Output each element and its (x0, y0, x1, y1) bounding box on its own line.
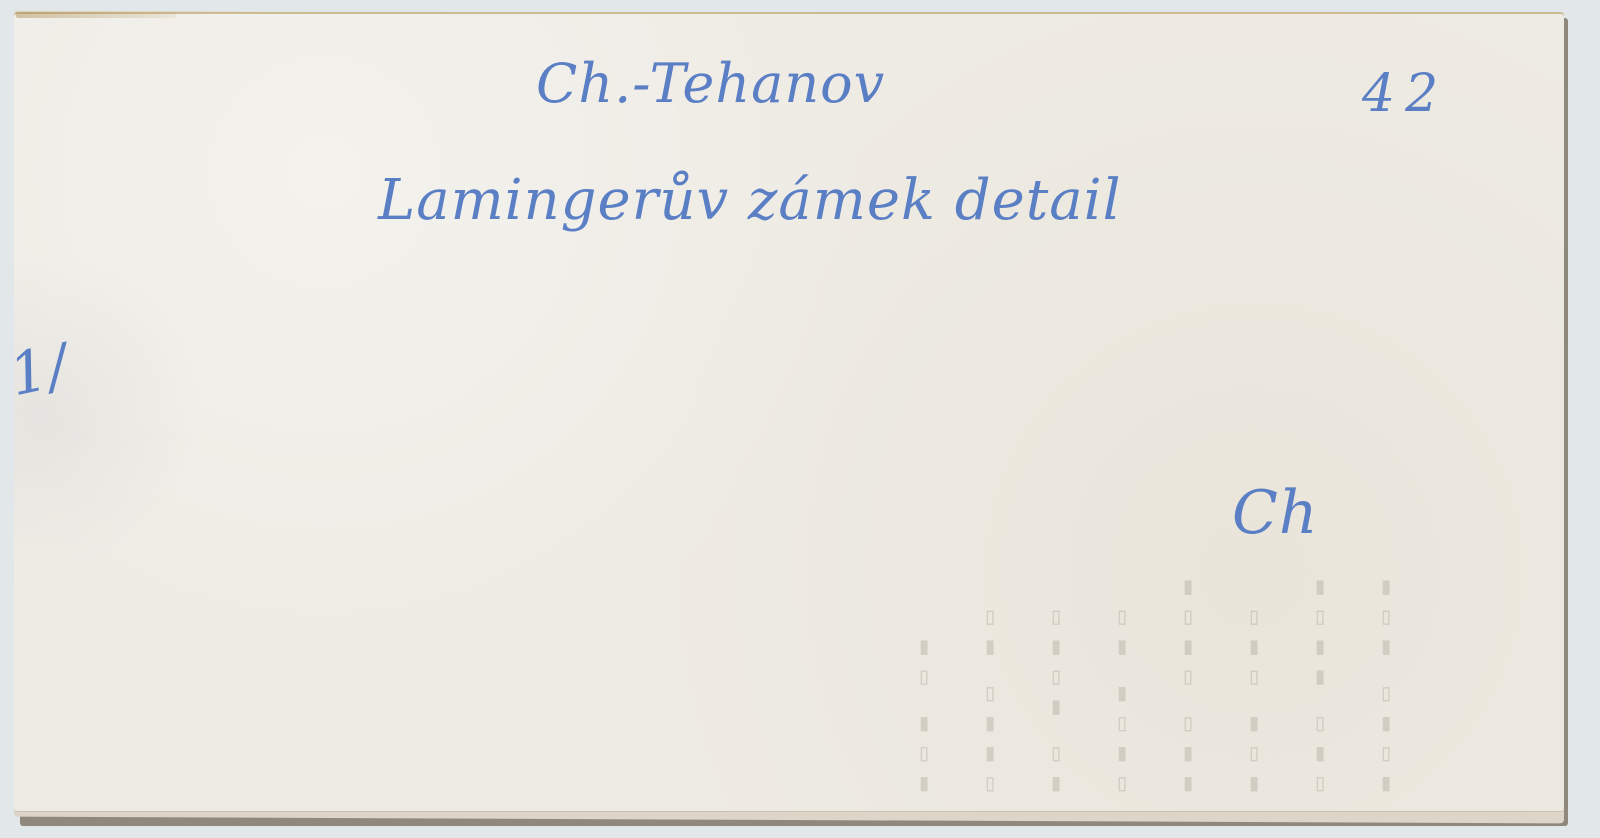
edge-stain (16, 12, 176, 18)
handwritten-location: Ch.-Tehanov (536, 52, 885, 115)
handwritten-description: Lamingerův zámek detail (378, 168, 1121, 233)
handwritten-initials: Ch (1232, 478, 1319, 548)
photo-card-back (14, 12, 1564, 812)
handwritten-catalog-number: 42 (1362, 64, 1448, 124)
